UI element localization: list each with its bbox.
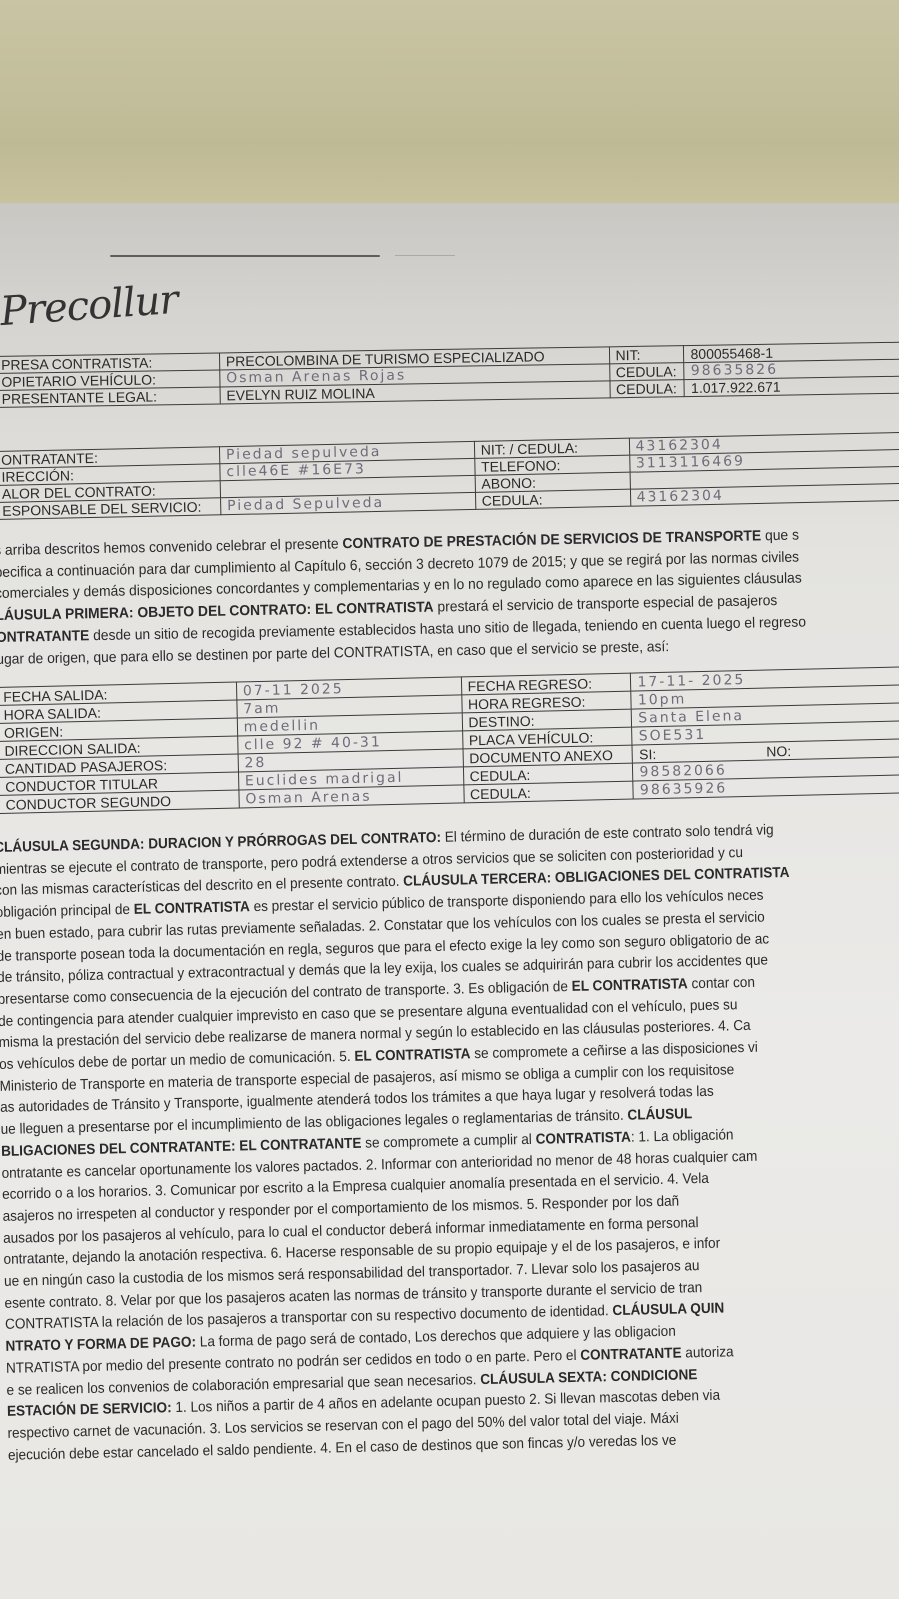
field-label: CEDULA: — [463, 781, 633, 803]
contract-document: Precollur PRESA CONTRATISTA:PRECOLOMBINA… — [0, 203, 899, 1599]
trip-details-table: FECHA SALIDA:07-11 2025FECHA REGRESO:17-… — [0, 666, 899, 814]
option-no: NO: — [766, 742, 791, 759]
clause-emphasis: CLÁUSULA SEXTA: CONDICIONE — [480, 1367, 697, 1388]
field-label: NIT: — [609, 346, 684, 364]
field-label: CEDULA: — [609, 363, 684, 381]
clause-text: contar con — [688, 975, 755, 993]
header-rule-faint — [395, 255, 455, 256]
field-label: CEDULA: — [475, 489, 630, 509]
field-value: 1.017.922.671 — [684, 376, 899, 396]
clause-text: obligación principal de — [0, 902, 134, 921]
clause-text: : 1. La obligación — [631, 1127, 734, 1145]
option-si: SI: — [639, 746, 656, 762]
client-table: ONTRATANTE:Piedad sepulvedaNIT: / CEDULA… — [0, 432, 899, 520]
field-value: Osman Arenas — [239, 785, 464, 808]
header-rule — [110, 255, 380, 257]
clauses-text: CLÁUSULA SEGUNDA: DURACION Y PRÓRROGAS D… — [0, 819, 864, 1468]
intro-paragraph: s arriba descritos hemos convenido celeb… — [0, 524, 870, 671]
clause-heading: NTRATO Y FORMA DE PAGO: — [5, 1335, 196, 1355]
clause-emphasis: CONTRATANTE — [580, 1345, 682, 1363]
company-logo: Precollur — [0, 277, 179, 335]
clause-text: se compromete a ceñirse a las disposicio… — [470, 1040, 758, 1063]
field-label: CEDULA: — [609, 380, 684, 398]
clause-emphasis: EL CONTRATISTA — [354, 1046, 470, 1065]
clause-emphasis: EL CONTRATISTA — [572, 976, 688, 995]
clause-text: autoriza — [681, 1344, 733, 1361]
company-table: PRESA CONTRATISTA:PRECOLOMBINA DE TURISM… — [0, 342, 899, 408]
clause-text: se compromete a cumplir al — [361, 1132, 536, 1152]
background-surface — [0, 0, 899, 205]
clause-emphasis: CLÁUSUL — [627, 1106, 692, 1123]
clause-emphasis: CLÁUSULA QUIN — [612, 1301, 724, 1320]
field-label: PRESENTANTE LEGAL: — [0, 387, 220, 408]
clause-emphasis: CONTRATISTA — [535, 1129, 631, 1147]
clause-emphasis: EL CONTRATISTA — [134, 899, 250, 918]
clause-heading: ESTACIÓN DE SERVICIO: — [7, 1400, 172, 1420]
clause-text: El término de duración de este contrato … — [441, 822, 774, 846]
